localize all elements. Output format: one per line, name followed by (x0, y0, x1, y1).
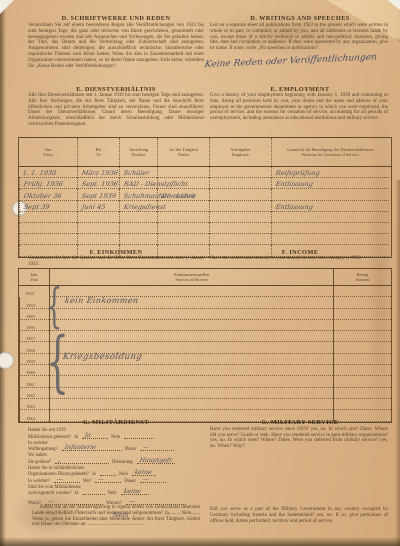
income-year-cell: 1934 (19, 297, 49, 308)
income-col-year: Jahr Year (19, 269, 49, 285)
income-col-source: Einkommensquellen Sources of Income (49, 269, 333, 285)
question-text: Dienstrang (112, 460, 133, 465)
employment-header-cell: ArbeitgeberEmployer (209, 138, 271, 166)
question-text: zurückgestellt worden? (28, 491, 72, 496)
income-source-cell (49, 376, 333, 387)
question-text: Wo? (83, 479, 91, 484)
employment-cell: 1. 1. 1930 (19, 167, 77, 178)
handwritten-entry: — (128, 498, 135, 505)
handwritten-brace-1937-1943: { (46, 330, 69, 394)
handwritten-entry: 1. 1. 1930 (22, 169, 57, 177)
handwritten-entry: Dienstzeit (161, 192, 196, 200)
question-text: Nein (111, 435, 120, 440)
employment-cell (271, 212, 389, 223)
section-g-questions-german: Haben Sie seit 1919Militärdienst geleist… (28, 427, 200, 506)
employment-header-cell: AnstellungPosition (119, 138, 157, 166)
income-col-amount-en: Amount (355, 277, 369, 282)
income-col-year-en: Year (30, 277, 38, 282)
employment-cell (271, 234, 389, 245)
scan-edge-right (395, 180, 400, 546)
employment-cell (77, 234, 119, 245)
income-year-cell: 1943 (19, 399, 49, 410)
punch-hole-bottom (0, 352, 14, 369)
employment-header-cell: BisTo (77, 138, 119, 166)
answer-blank: — (140, 478, 166, 483)
question-line: zurückgestellt worden?JaNeinkeine (28, 490, 200, 496)
answer-blank: Hauptgefr. (137, 459, 175, 464)
handwritten-entry: Entlassung (275, 180, 314, 188)
answer-blank: — (54, 478, 80, 483)
question-text: Sind Sie vom Militärdienste (28, 485, 81, 490)
section-f-title-english: F. INCOME (212, 249, 388, 256)
question-text: Ja (75, 491, 79, 496)
income-source-cell (49, 331, 333, 342)
employment-cell (209, 212, 271, 223)
answer-blank: Infanterie (62, 446, 122, 451)
handwritten-war-pay: Kriegsbesoldung (62, 352, 143, 362)
employment-cell (157, 223, 209, 234)
question-text: Sie gedient? (28, 460, 51, 465)
answer-blank: Ja (82, 434, 108, 439)
employment-cell: Sept 39 (19, 201, 77, 212)
employment-table-header: VonFromBisToAnstellungPositionArt der Tä… (19, 138, 391, 167)
income-amount-cell (333, 297, 391, 308)
employment-cell (19, 212, 77, 223)
income-amount-cell (333, 354, 391, 365)
handwritten-entry: — (56, 476, 63, 483)
question-text: Haben Sie in militärähnlichen (28, 466, 84, 471)
section-f-body-english: Show the sources and amount of your annu… (210, 256, 388, 262)
handwritten-answer-writings: Keine Reden oder Veröffentlichungen (204, 53, 378, 70)
answer-blank: — (95, 478, 121, 483)
section-d-title-english: D. WRITINGS AND SPEECHES (212, 15, 388, 22)
section-f-title-german: F. EINKOMMEN (30, 249, 202, 256)
answer-blank (124, 434, 154, 439)
income-amount-cell (333, 376, 391, 387)
section-g-title-german: G. MILITÄRDIENST (30, 419, 202, 426)
employment-cell (77, 223, 119, 234)
handwritten-entry: keine (123, 488, 141, 495)
employment-cell (119, 223, 157, 234)
answer-blank (83, 490, 105, 495)
income-amount-cell (333, 365, 391, 376)
employment-cell: Oktober 36 (19, 189, 77, 200)
income-table: Jahr Year Einkommensquellen Sources of I… (18, 268, 392, 423)
handwritten-entry: Sept 1939 (81, 192, 117, 200)
employment-cell (271, 223, 389, 234)
employment-cell (157, 167, 209, 178)
income-year-cell: 1938 (19, 342, 49, 353)
employment-cell: Kriegsdienst (119, 201, 157, 212)
income-amount-cell (333, 286, 391, 297)
handwritten-entry: Infanterie (64, 444, 96, 451)
income-year-cell: 1935 (19, 309, 49, 320)
handwritten-entry: Kriegsdienst (123, 203, 167, 211)
section-e-body-german: Alle Ihre Dienstverhältnisse seit 1. Jan… (28, 93, 204, 128)
employment-cell: Reifeprüfung (271, 167, 389, 178)
employment-cell (19, 223, 77, 234)
question-text: In welcher (28, 441, 48, 446)
employment-cell: Schüler (119, 167, 157, 178)
income-year-cell: 1940 (19, 365, 49, 376)
income-source-cell (49, 320, 333, 331)
handwritten-entry: Ja (84, 432, 91, 439)
employment-cell (271, 189, 389, 200)
handwritten-entry: Entlassung (275, 203, 314, 211)
handwritten-entry: Sept 39 (23, 203, 50, 211)
question-text: Haben Sie seit 1919 (28, 428, 66, 433)
income-amount-cell (333, 399, 391, 410)
employment-cell (119, 234, 157, 245)
employment-cell (209, 201, 271, 212)
income-year-cell: 1941 (19, 376, 49, 387)
income-amount-cell (333, 342, 391, 353)
employment-cell: Schuhmacher - Lehre (119, 189, 157, 200)
handwritten-entry: Sept. 1936 (81, 180, 119, 188)
employment-cell (209, 189, 271, 200)
handwritten-entry: — (97, 476, 104, 483)
section-d-body-german: Verzeichnen Sie auf einem besonderen Bog… (28, 23, 204, 69)
income-source-cell (49, 365, 333, 376)
handwritten-entry: — (142, 444, 149, 451)
section-d-body-english: List on a separate sheet all publication… (210, 23, 388, 52)
section-e-title-english: E. EMPLOYMENT (212, 86, 388, 93)
scanned-fragebogen-page: D. SCHRIFTWERKE UND REDEN Verzeichnen Si… (0, 0, 400, 546)
question-text: Nein (119, 472, 128, 477)
income-col-amount: Betrag Amount (333, 269, 391, 285)
employment-cell: Sept 1939 (77, 189, 119, 200)
question-text: Wo haben (28, 453, 47, 458)
handwritten-entry: Schüler (123, 169, 150, 177)
handwritten-entry: „ (57, 457, 61, 464)
handwritten-entry: März 1936 (81, 169, 119, 177)
employment-cell (209, 178, 271, 189)
question-text: Militärdienst geleistet? (28, 435, 71, 440)
income-amount-cell (333, 331, 391, 342)
employment-table-body: 1. 1. 1930März 1936SchülerReifeprüfungFr… (19, 167, 391, 257)
income-amount-cell (333, 388, 391, 399)
employment-cell: Frühj. 1936 (19, 178, 77, 189)
income-year-cell: 1936 (19, 320, 49, 331)
answer-blank: keine (121, 490, 149, 495)
answer-blank: — (140, 446, 174, 451)
handwritten-entry: Juni 45 (81, 203, 106, 211)
employment-cell: RAD - Dienstpflicht (119, 178, 157, 189)
handwritten-entry: — (47, 498, 54, 505)
handwritten-no-income: kein Einkommen (64, 296, 139, 305)
employment-cell: Juni 45 (77, 201, 119, 212)
employment-cell (209, 234, 271, 245)
employment-cell (77, 212, 119, 223)
income-year-cell: 1937 (19, 331, 49, 342)
question-text: Ja (74, 435, 78, 440)
handwritten-entry: Reifeprüfung (275, 169, 321, 177)
income-table-header: Jahr Year Einkommensquellen Sources of I… (19, 269, 391, 286)
employment-cell: Sept. 1936 (77, 178, 119, 189)
income-amount-cell (333, 309, 391, 320)
employment-cell (119, 212, 157, 223)
income-amount-cell (333, 320, 391, 331)
section-d-title-german: D. SCHRIFTWERKE UND REDEN (30, 15, 202, 22)
handwritten-entry: Frühj. 1936 (23, 180, 64, 188)
corner-tear-top-left (0, 0, 14, 14)
question-text: Waffengattung? (28, 447, 58, 452)
income-source-cell (49, 388, 333, 399)
section-f-body-german: Verzeichnen Sie hier die Quellen und die… (28, 256, 204, 267)
employment-cell: Dienstzeit (157, 189, 209, 200)
employment-header-cell: VonFrom (19, 138, 77, 166)
employment-cell (19, 234, 77, 245)
income-source-cell (49, 309, 333, 320)
section-e-body-english: Give a history of your employment beginn… (210, 93, 388, 122)
question-text: Nein (108, 491, 117, 496)
income-year-cell: 1939 (19, 354, 49, 365)
military-government-question-english: Did you serve as a part of the Military … (210, 507, 388, 524)
income-year-cell: 1942 (19, 388, 49, 399)
handwritten-entry: Hauptgefr. (139, 457, 174, 464)
employment-cell: März 1936 (77, 167, 119, 178)
question-text: Ja (92, 472, 96, 477)
income-col-source-en: Sources of Income (175, 277, 207, 282)
income-year-cell: 1933 (19, 286, 49, 296)
employment-header-cell: Grund für die Beendigung des Dienstverhä… (271, 138, 389, 166)
question-text: Dauer (124, 479, 135, 484)
handwritten-entry: Oktober 36 (23, 192, 62, 200)
scan-edge-bottom (0, 537, 400, 546)
employment-cell: Entlassung (271, 201, 389, 212)
question-text: In welcher? (28, 479, 50, 484)
employment-cell (209, 223, 271, 234)
employment-cell (157, 212, 209, 223)
income-source-cell (49, 399, 333, 410)
handwritten-entry: RAD - Dienstpflicht (123, 180, 189, 188)
section-g-title-english: G. MILITARY SERVICE (212, 419, 388, 426)
scan-edge-left (0, 0, 6, 546)
employment-cell (209, 167, 271, 178)
section-e-title-german: E. DIENSTVERHÄLTNIS (30, 86, 202, 93)
employment-cell (157, 234, 209, 245)
employment-table: VonFromBisToAnstellungPositionArt der Tä… (18, 137, 392, 258)
employment-cell: Entlassung (271, 178, 389, 189)
question-text: Dauer (125, 447, 136, 452)
handwritten-answer-no: Nein (112, 511, 129, 519)
section-g-body-english: Have you rendered military service since… (210, 427, 388, 449)
employment-header-cell: Art der TätigkeitDuties (157, 138, 209, 166)
answer-blank: „ (55, 459, 109, 464)
handwritten-entry: — (142, 476, 149, 483)
